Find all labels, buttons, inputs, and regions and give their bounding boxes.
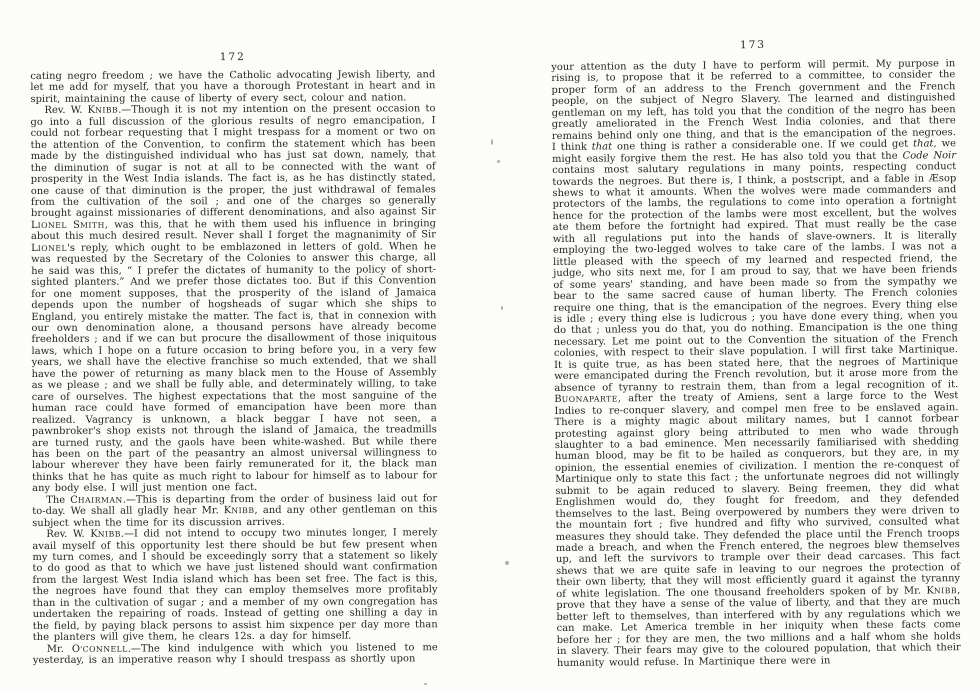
book-scan: 172 cating negro freedom ; we have the C… [0, 0, 980, 692]
scan-speck [491, 139, 493, 145]
page-172: 172 cating negro freedom ; we have the C… [30, 0, 438, 667]
scan-speck [424, 683, 427, 685]
scan-speck [497, 160, 500, 163]
paragraph-knibb-speech: Rev. W. KNIBB.—Though it is not my inten… [30, 104, 437, 495]
paragraph-chairman: The CHAIRMAN.—This is departing from the… [32, 493, 437, 529]
paragraph-continuation: cating negro freedom ; we have the Catho… [30, 69, 435, 105]
paragraph-oconnell-opening: Mr. O'CONNELL.—The kind indulgence with … [33, 642, 438, 667]
page-number-right: 173 [551, 37, 955, 53]
page-body-right: your attention as the duty I have to per… [551, 58, 961, 669]
page-body-left: cating negro freedom ; we have the Catho… [30, 69, 438, 666]
paragraph-knibb-reply: Rev. W. KNIBB.—I did not intend to occup… [32, 527, 437, 643]
page-173: 173 your attention as the duty I have to… [551, 0, 961, 669]
paragraph-oconnell-speech: your attention as the duty I have to per… [551, 58, 961, 669]
scan-speck [501, 306, 503, 310]
scan-speck [505, 561, 509, 565]
page-number-left: 172 [30, 50, 435, 64]
